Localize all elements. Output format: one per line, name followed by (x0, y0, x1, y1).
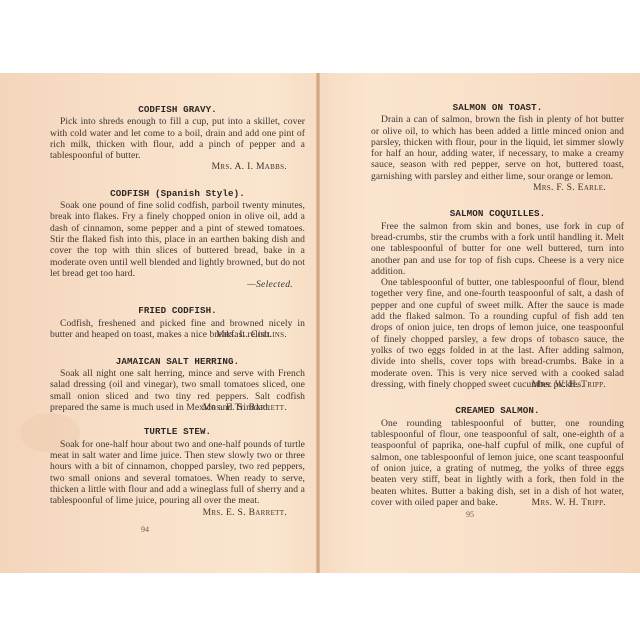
recipe-title-main: CODFISH (110, 188, 149, 199)
recipe-title: CODFISH (Spanish Style). (50, 188, 305, 199)
right-page-content: SALMON ON TOAST. Drain a can of salmon, … (371, 102, 624, 508)
recipe-title: SALMON COQUILLES. (371, 208, 624, 219)
right-page: SALMON ON TOAST. Drain a can of salmon, … (320, 73, 640, 573)
recipe-paragraph: Soak for one-half hour about two and one… (50, 439, 305, 507)
recipe-title-sub: (Spanish Style). (155, 188, 245, 199)
recipe-attribution: Mrs. E. S. Barrett. (50, 507, 287, 518)
recipe-attribution: Mrs. F. S. Earle. (371, 182, 606, 193)
recipe-paragraph: Soak one pound of fine solid codfish, pa… (50, 200, 305, 279)
recipe-title: FRIED CODFISH. (50, 305, 305, 316)
recipe-title: CODFISH GRAVY. (50, 104, 305, 115)
left-page: CODFISH GRAVY. Pick into shreds enough t… (0, 73, 318, 573)
recipe-paragraph: One rounding tablespoonful of butter, on… (371, 418, 624, 508)
recipe-codfish-gravy: CODFISH GRAVY. Pick into shreds enough t… (50, 104, 305, 173)
open-book: CODFISH GRAVY. Pick into shreds enough t… (0, 73, 640, 573)
recipe-title: CREAMED SALMON. (371, 405, 624, 416)
left-page-content: CODFISH GRAVY. Pick into shreds enough t… (50, 104, 305, 518)
page-number-left: 94 (141, 525, 149, 534)
recipe-turtle-stew: TURTLE STEW. Soak for one-half hour abou… (50, 426, 305, 517)
recipe-salmon-on-toast: SALMON ON TOAST. Drain a can of salmon, … (371, 102, 624, 193)
recipe-creamed-salmon: CREAMED SALMON. One rounding tablespoonf… (371, 405, 624, 508)
recipe-title: JAMAICAN SALT HERRING. (50, 356, 305, 367)
recipe-attribution: Mrs. A. I. Mabbs. (50, 161, 287, 172)
recipe-salmon-coquilles: SALMON COQUILLES. Free the salmon from s… (371, 208, 624, 390)
recipe-paragraph: One tablespoonful of butter, one tablesp… (371, 277, 624, 390)
recipe-paragraph: Free the salmon from skin and bones, use… (371, 221, 624, 277)
recipe-fried-codfish: FRIED CODFISH. Codfish, freshened and pi… (50, 305, 305, 340)
recipe-title: TURTLE STEW. (50, 426, 305, 437)
page-number-right: 95 (466, 510, 474, 519)
recipe-paragraph: Drain a can of salmon, brown the fish in… (371, 114, 624, 182)
recipe-attribution: —Selected. (50, 279, 293, 290)
recipe-title: SALMON ON TOAST. (371, 102, 624, 113)
recipe-codfish-spanish-style: CODFISH (Spanish Style). Soak one pound … (50, 188, 305, 291)
recipe-paragraph: Pick into shreds enough to fill a cup, p… (50, 116, 305, 161)
recipe-jamaican-salt-herring: JAMAICAN SALT HERRING. Soak all night on… (50, 356, 305, 414)
